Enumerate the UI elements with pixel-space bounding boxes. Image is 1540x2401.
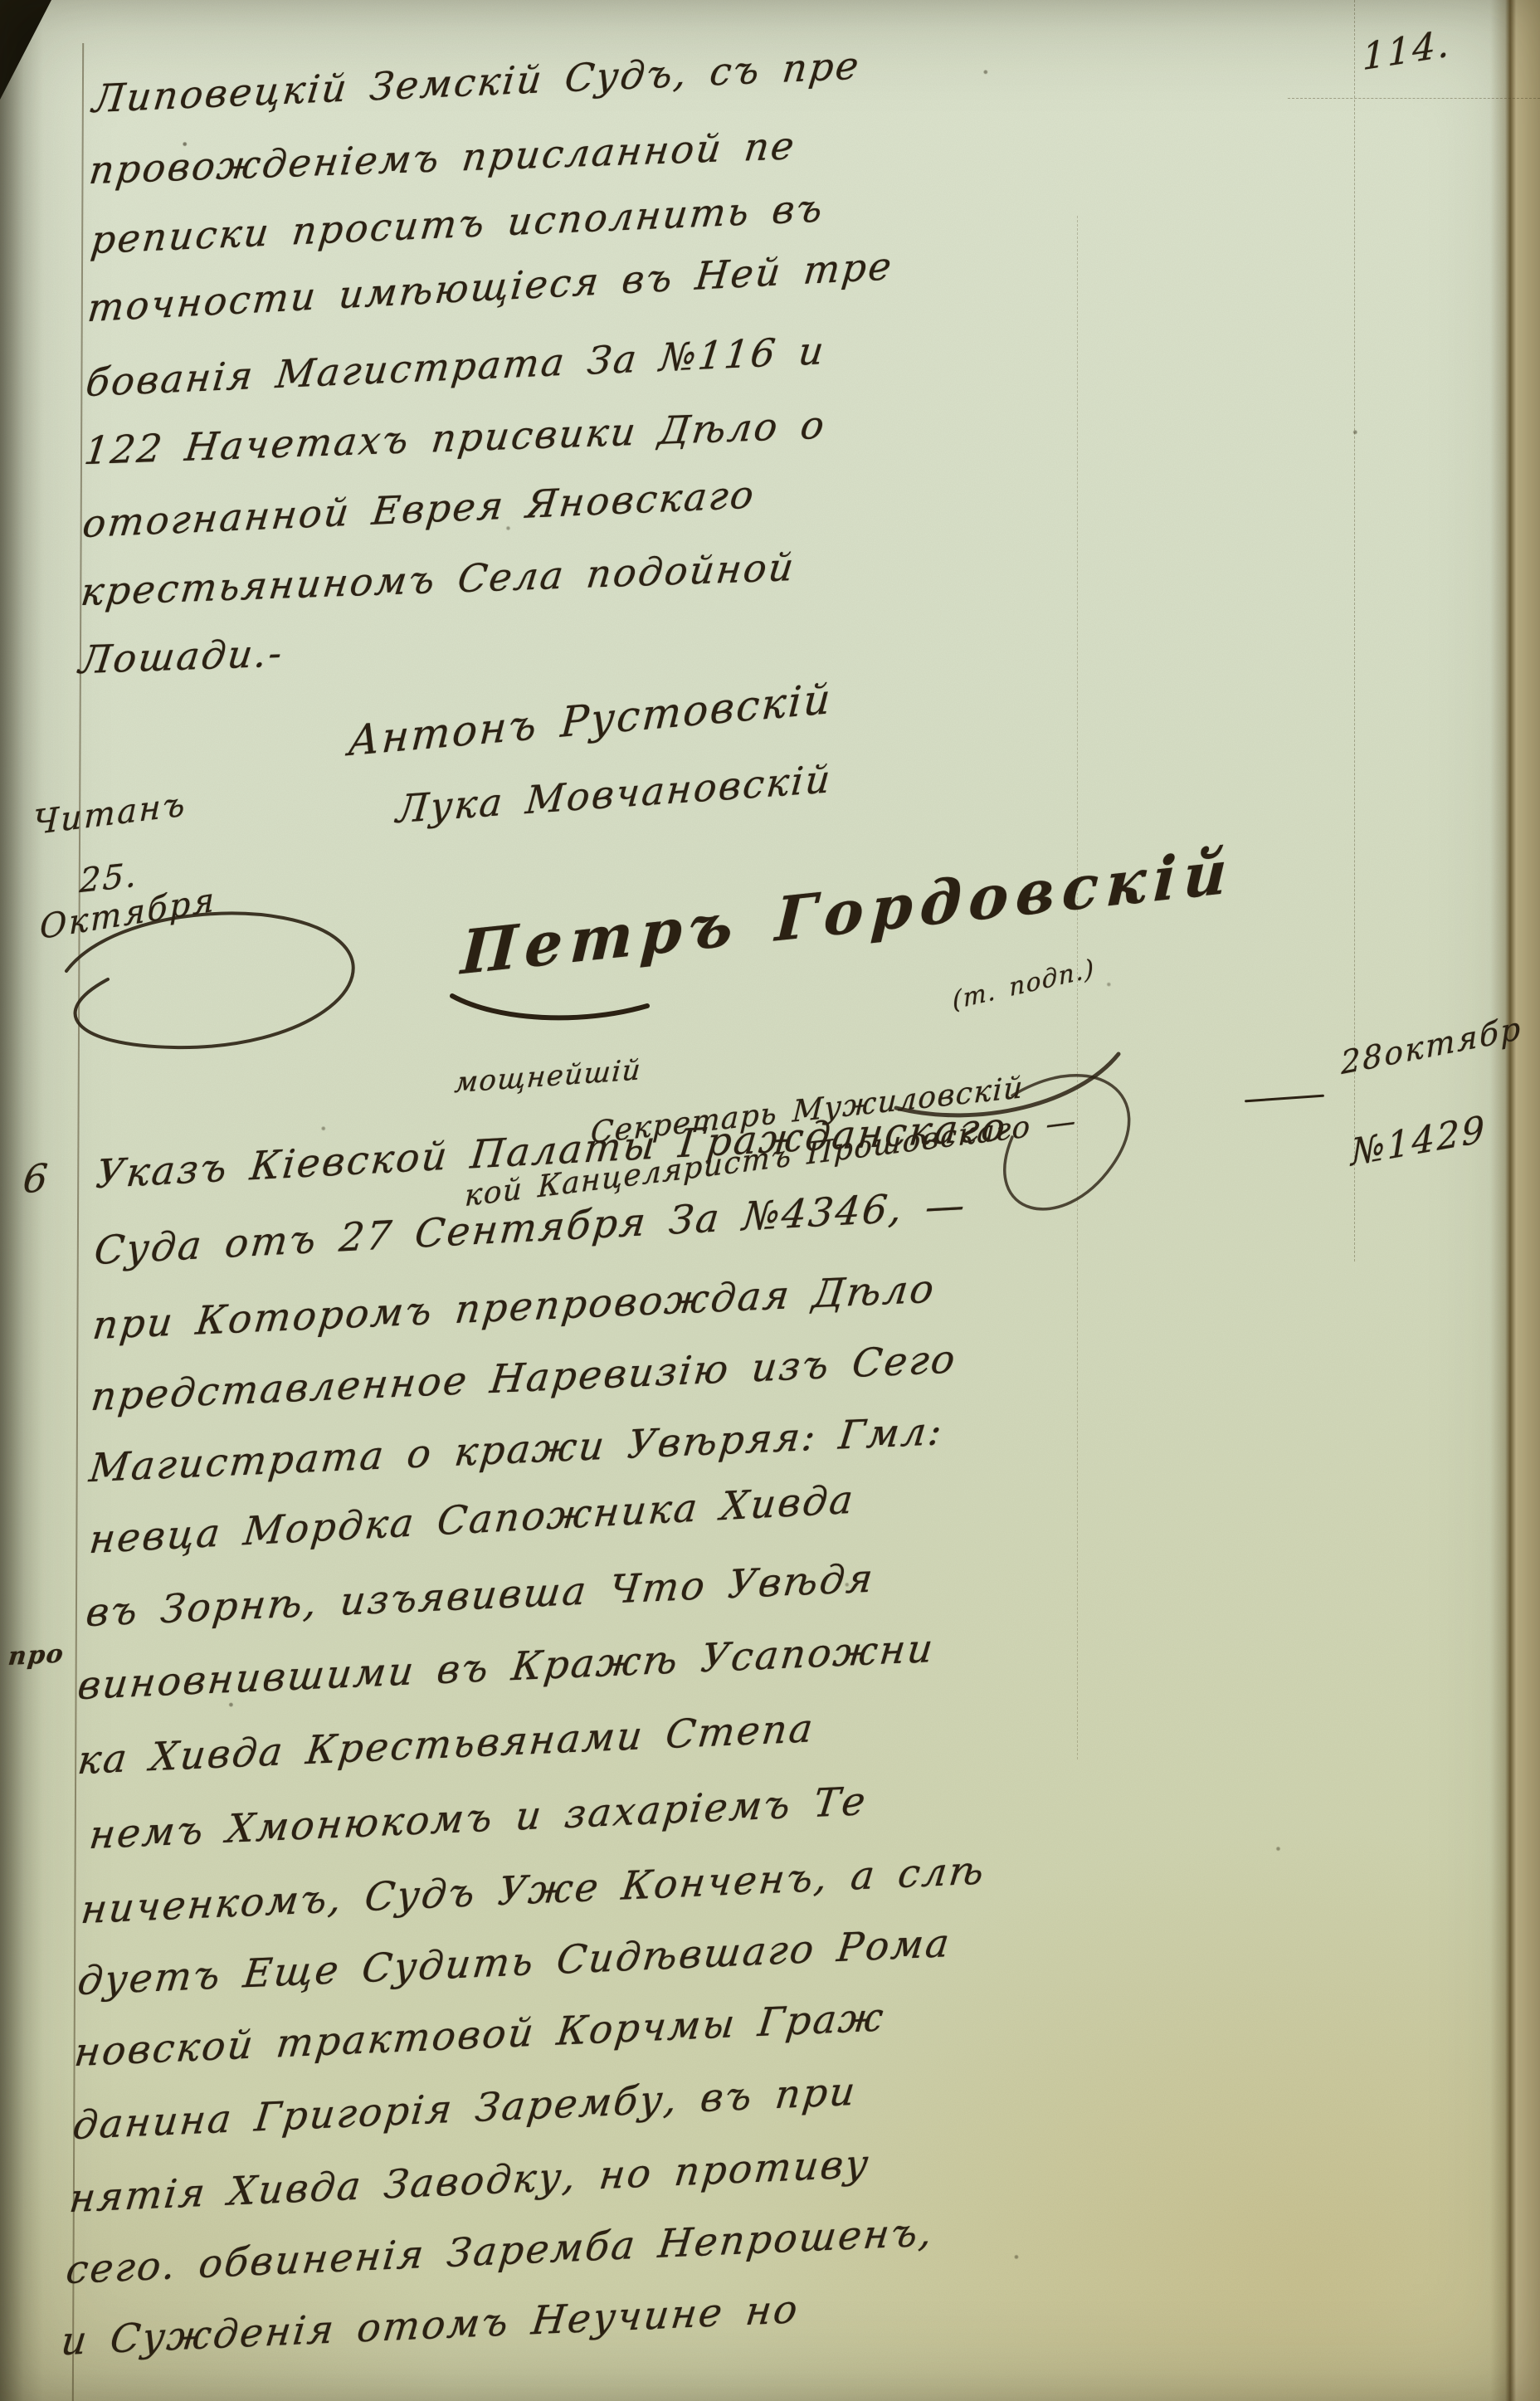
manuscript-page-photo: 114. Липовецкій Земскій Судъ, съ пре про… <box>0 0 1540 2401</box>
photo-vignette <box>0 0 1540 2401</box>
